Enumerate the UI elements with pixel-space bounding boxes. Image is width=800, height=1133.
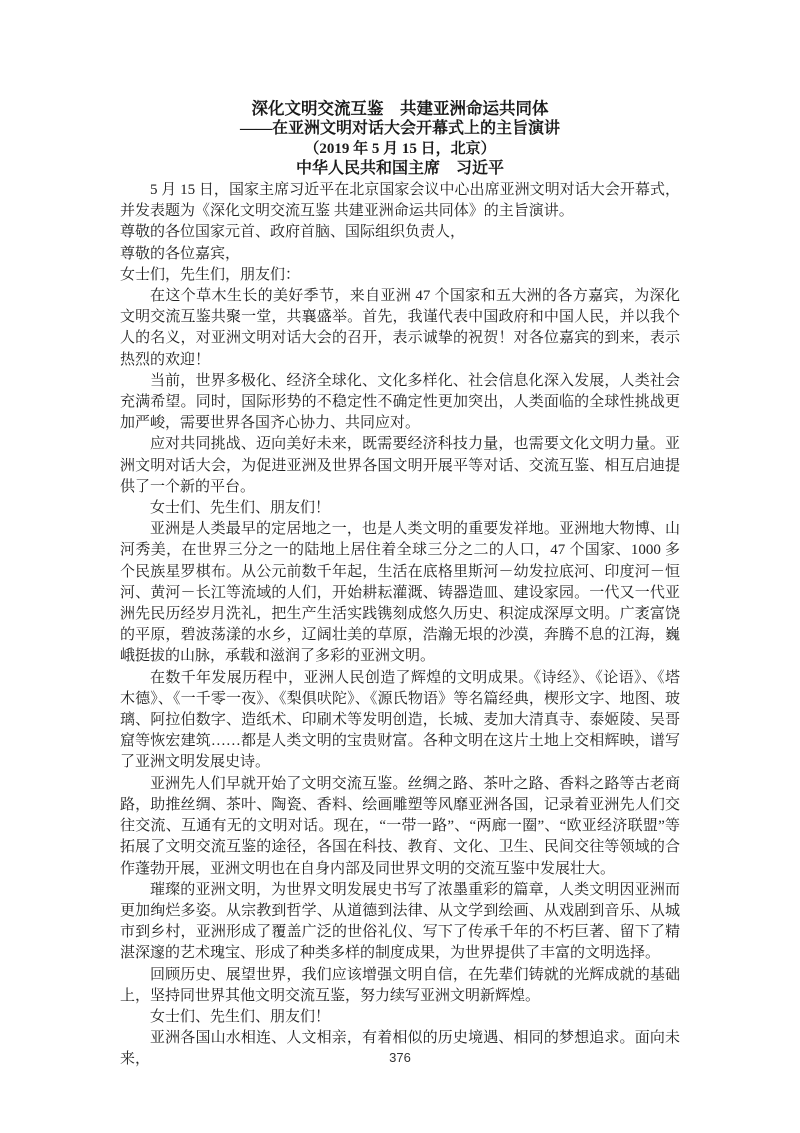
doc-author: 中华人民共和国主席 习近平 bbox=[120, 159, 680, 179]
paragraph-salutation-2: 尊敬的各位嘉宾， bbox=[120, 244, 680, 265]
paragraph-salutation-5: 女士们、先生们、朋友们！ bbox=[120, 1007, 680, 1028]
paragraph: 在数千年发展历程中，亚洲人民创造了辉煌的文明成果。《诗经》、《论语》、《塔木德》… bbox=[120, 668, 680, 774]
paragraph-salutation-3: 女士们，先生们，朋友们： bbox=[120, 265, 680, 286]
paragraph: 应对共同挑战、迈向美好未来，既需要经济科技力量，也需要文化文明力量。亚洲文明对话… bbox=[120, 434, 680, 498]
paragraph: 当前，世界多极化、经济全球化、文化多样化、社会信息化深入发展，人类社会充满希望。… bbox=[120, 371, 680, 435]
paragraph-intro: 5 月 15 日，国家主席习近平在北京国家会议中心出席亚洲文明对话大会开幕式，并… bbox=[120, 180, 680, 222]
paragraph: 亚洲先人们早就开始了文明交流互鉴。丝绸之路、茶叶之路、香料之路等古老商路，助推丝… bbox=[120, 774, 680, 880]
paragraph-salutation-1: 尊敬的各位国家元首、政府首脑、国际组织负责人， bbox=[120, 222, 680, 243]
paragraph-salutation-4: 女士们、先生们、朋友们！ bbox=[120, 498, 680, 519]
paragraph: 在这个草木生长的美好季节，来自亚洲 47 个国家和五大洲的各方嘉宾，为深化文明交… bbox=[120, 286, 680, 371]
speech-body: 5 月 15 日，国家主席习近平在北京国家会议中心出席亚洲文明对话大会开幕式，并… bbox=[120, 180, 680, 1071]
paragraph: 亚洲是人类最早的定居地之一，也是人类文明的重要发祥地。亚洲地大物博、山河秀美，在… bbox=[120, 519, 680, 667]
paragraph: 璀璨的亚洲文明，为世界文明发展史书写了浓墨重彩的篇章，人类文明因亚洲而更加绚烂多… bbox=[120, 880, 680, 965]
page-number: 376 bbox=[0, 1050, 800, 1065]
document-page: 深化文明交流互鉴 共建亚洲命运共同体 ——在亚洲文明对话大会开幕式上的主旨演讲 … bbox=[0, 0, 800, 1133]
title-block: 深化文明交流互鉴 共建亚洲命运共同体 ——在亚洲文明对话大会开幕式上的主旨演讲 … bbox=[120, 99, 680, 179]
paragraph: 回顾历史、展望世界，我们应该增强文明自信，在先辈们铸就的光辉成就的基础上，坚持同… bbox=[120, 965, 680, 1007]
doc-subtitle: ——在亚洲文明对话大会开幕式上的主旨演讲 bbox=[120, 119, 680, 139]
page-content: 深化文明交流互鉴 共建亚洲命运共同体 ——在亚洲文明对话大会开幕式上的主旨演讲 … bbox=[120, 0, 680, 1071]
doc-date-location: （2019 年 5 月 15 日，北京） bbox=[120, 139, 680, 159]
doc-title: 深化文明交流互鉴 共建亚洲命运共同体 bbox=[120, 99, 680, 119]
